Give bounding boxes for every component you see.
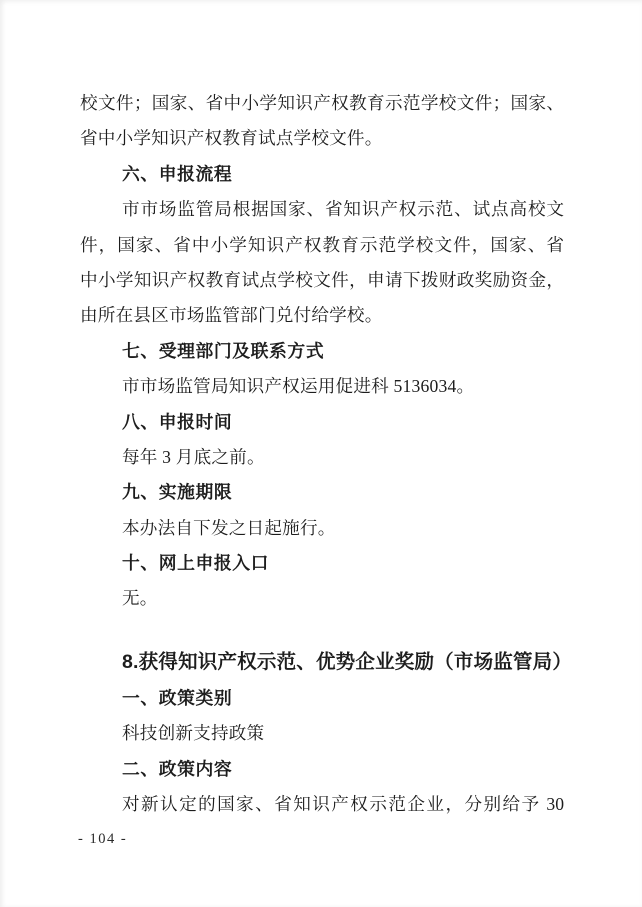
paragraph-line: 中小学知识产权教育试点学校文件，申请下拨财政奖励资金， [80,263,564,298]
paragraph-line: 每年 3 月底之前。 [80,440,564,475]
document-body: 校文件；国家、省中小学知识产权教育示范学校文件；国家、 省中小学知识产权教育试点… [80,86,564,822]
paragraph-line: 由所在县区市场监管部门兑付给学校。 [80,298,564,333]
paragraph-line: 省中小学知识产权教育试点学校文件。 [80,121,564,156]
paragraph-line: 校文件；国家、省中小学知识产权教育示范学校文件；国家、 [80,86,564,121]
paragraph-line: 件，国家、省中小学知识产权教育示范学校文件，国家、省 [80,228,564,263]
section-8-title: 8.获得知识产权示范、优势企业奖励（市场监管局） [80,644,564,681]
paragraph-line: 科技创新支持政策 [80,716,564,751]
section-heading-7: 七、受理部门及联系方式 [80,334,564,369]
paragraph-line: 对新认定的国家、省知识产权示范企业，分别给予 30 [80,787,564,822]
section-heading-10: 十、网上申报入口 [80,546,564,581]
paragraph-line: 无。 [80,581,564,616]
document-page: 校文件；国家、省中小学知识产权教育示范学校文件；国家、 省中小学知识产权教育试点… [0,0,642,907]
section-heading-1: 一、政策类别 [80,681,564,716]
paragraph-line: 市市场监管局根据国家、省知识产权示范、试点高校文 [80,192,564,227]
paragraph-line: 市市场监管局知识产权运用促进科 5136034。 [80,369,564,404]
paragraph-line: 本办法自下发之日起施行。 [80,511,564,546]
page-number: - 104 - [78,831,127,848]
section-heading-9: 九、实施期限 [80,475,564,510]
section-heading-2: 二、政策内容 [80,752,564,787]
section-heading-6: 六、申报流程 [80,157,564,192]
section-heading-8: 八、申报时间 [80,405,564,440]
